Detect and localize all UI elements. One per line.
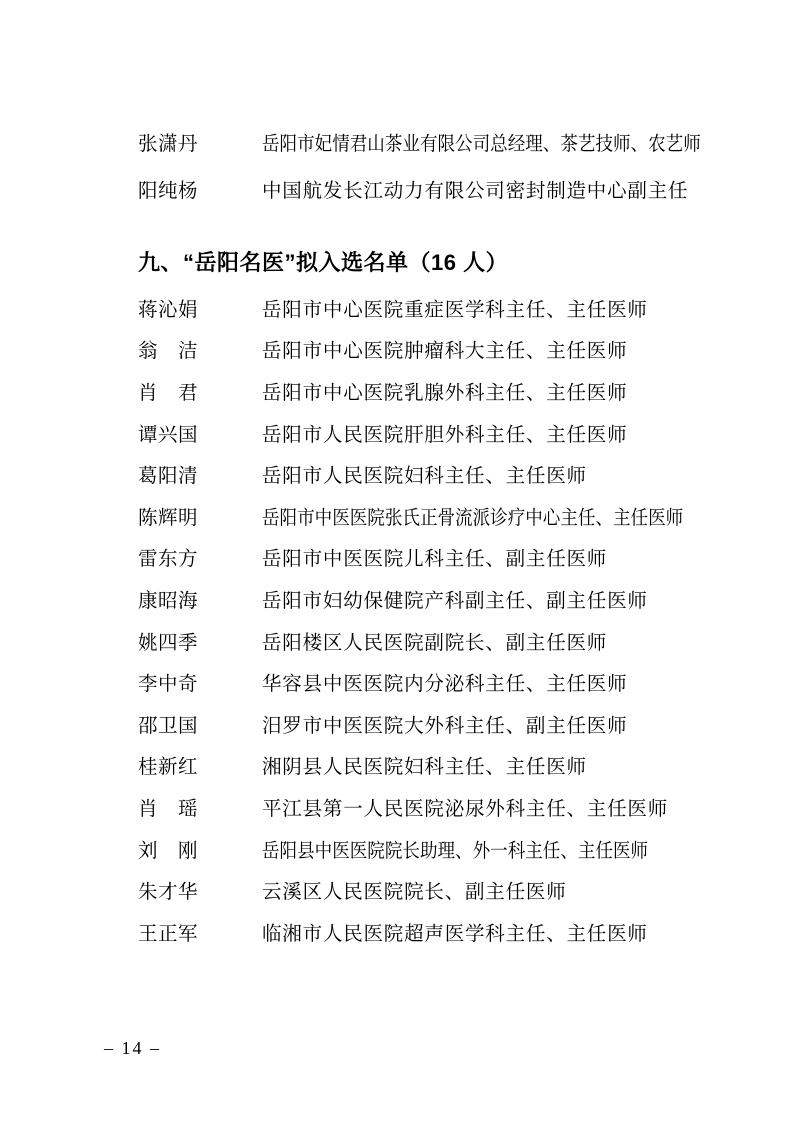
person-title: 临湘市人民医院超声医学科主任、主任医师: [262, 918, 648, 946]
person-row: 肖 瑶平江县第一人民医院泌尿外科主任、主任医师: [138, 786, 768, 828]
person-title: 汨罗市中医医院大外科主任、副主任医师: [262, 710, 627, 738]
person-name: 张潇丹: [138, 128, 262, 156]
person-title: 岳阳市妇幼保健院产科副主任、副主任医师: [262, 585, 648, 613]
person-title: 岳阳市中医医院张氏正骨流派诊疗中心主任、主任医师: [262, 502, 683, 530]
person-name: 肖 瑶: [138, 793, 262, 821]
person-name: 王正军: [138, 918, 262, 946]
person-row: 姚四季岳阳楼区人民医院副院长、副主任医师: [138, 620, 768, 662]
person-title: 岳阳市中医医院儿科主任、副主任医师: [262, 543, 607, 571]
person-title: 平江县第一人民医院泌尿外科主任、主任医师: [262, 793, 668, 821]
nominee-list: 蒋沁娟岳阳市中心医院重症医学科主任、主任医师翁 洁岳阳市中心医院肿瘤科大主任、主…: [138, 287, 768, 953]
person-title: 云溪区人民医院院长、副主任医师: [262, 876, 567, 904]
person-name: 雷东方: [138, 543, 262, 571]
person-title: 岳阳市中心医院乳腺外科主任、主任医师: [262, 377, 627, 405]
person-name: 姚四季: [138, 627, 262, 655]
person-name: 谭兴国: [138, 419, 262, 447]
person-row: 朱才华云溪区人民医院院长、副主任医师: [138, 869, 768, 911]
person-row: 桂新红湘阴县人民医院妇科主任、主任医师: [138, 745, 768, 787]
continuation-list: 张潇丹岳阳市妃情君山茶业有限公司总经理、茶艺技师、农艺师阳纯杨中国航发长江动力有…: [138, 118, 758, 212]
person-title: 湘阴县人民医院妇科主任、主任医师: [262, 751, 587, 779]
person-row: 康昭海岳阳市妇幼保健院产科副主任、副主任医师: [138, 578, 768, 620]
person-row: 翁 洁岳阳市中心医院肿瘤科大主任、主任医师: [138, 329, 768, 371]
person-name: 朱才华: [138, 876, 262, 904]
person-name: 肖 君: [138, 377, 262, 405]
person-name: 翁 洁: [138, 335, 262, 363]
page-number: – 14 –: [104, 1038, 161, 1059]
person-row: 张潇丹岳阳市妃情君山茶业有限公司总经理、茶艺技师、农艺师: [138, 118, 758, 165]
person-title: 岳阳市中心医院重症医学科主任、主任医师: [262, 294, 648, 322]
person-title: 岳阳市人民医院妇科主任、主任医师: [262, 460, 587, 488]
person-row: 葛阳清岳阳市人民医院妇科主任、主任医师: [138, 453, 768, 495]
person-title: 中国航发长江动力有限公司密封制造中心副主任: [262, 175, 688, 203]
person-row: 王正军临湘市人民医院超声医学科主任、主任医师: [138, 911, 768, 953]
person-row: 刘 刚岳阳县中医医院院长助理、外一科主任、主任医师: [138, 828, 768, 870]
person-name: 陈辉明: [138, 502, 262, 530]
person-row: 雷东方岳阳市中医医院儿科主任、副主任医师: [138, 537, 768, 579]
person-name: 刘 刚: [138, 835, 262, 863]
person-name: 蒋沁娟: [138, 294, 262, 322]
person-row: 阳纯杨中国航发长江动力有限公司密封制造中心副主任: [138, 165, 758, 212]
person-row: 肖 君岳阳市中心医院乳腺外科主任、主任医师: [138, 370, 768, 412]
person-row: 蒋沁娟岳阳市中心医院重症医学科主任、主任医师: [138, 287, 768, 329]
person-row: 邵卫国汨罗市中医医院大外科主任、副主任医师: [138, 703, 768, 745]
person-title: 岳阳市人民医院肝胆外科主任、主任医师: [262, 419, 627, 447]
person-title: 华容县中医医院内分泌科主任、主任医师: [262, 668, 627, 696]
person-title: 岳阳楼区人民医院副院长、副主任医师: [262, 627, 607, 655]
person-name: 邵卫国: [138, 710, 262, 738]
document-page: 张潇丹岳阳市妃情君山茶业有限公司总经理、茶艺技师、农艺师阳纯杨中国航发长江动力有…: [0, 0, 793, 1122]
person-name: 桂新红: [138, 751, 262, 779]
person-title: 岳阳县中医医院院长助理、外一科主任、主任医师: [262, 835, 648, 863]
person-name: 康昭海: [138, 585, 262, 613]
person-name: 阳纯杨: [138, 175, 262, 203]
section-heading: 九、“岳阳名医”拟入选名单（16 人）: [138, 246, 758, 277]
person-title: 岳阳市妃情君山茶业有限公司总经理、茶艺技师、农艺师: [262, 128, 701, 156]
person-title: 岳阳市中心医院肿瘤科大主任、主任医师: [262, 335, 627, 363]
person-name: 葛阳清: [138, 460, 262, 488]
person-row: 谭兴国岳阳市人民医院肝胆外科主任、主任医师: [138, 412, 768, 454]
person-row: 陈辉明岳阳市中医医院张氏正骨流派诊疗中心主任、主任医师: [138, 495, 768, 537]
person-row: 李中奇华容县中医医院内分泌科主任、主任医师: [138, 661, 768, 703]
person-name: 李中奇: [138, 668, 262, 696]
